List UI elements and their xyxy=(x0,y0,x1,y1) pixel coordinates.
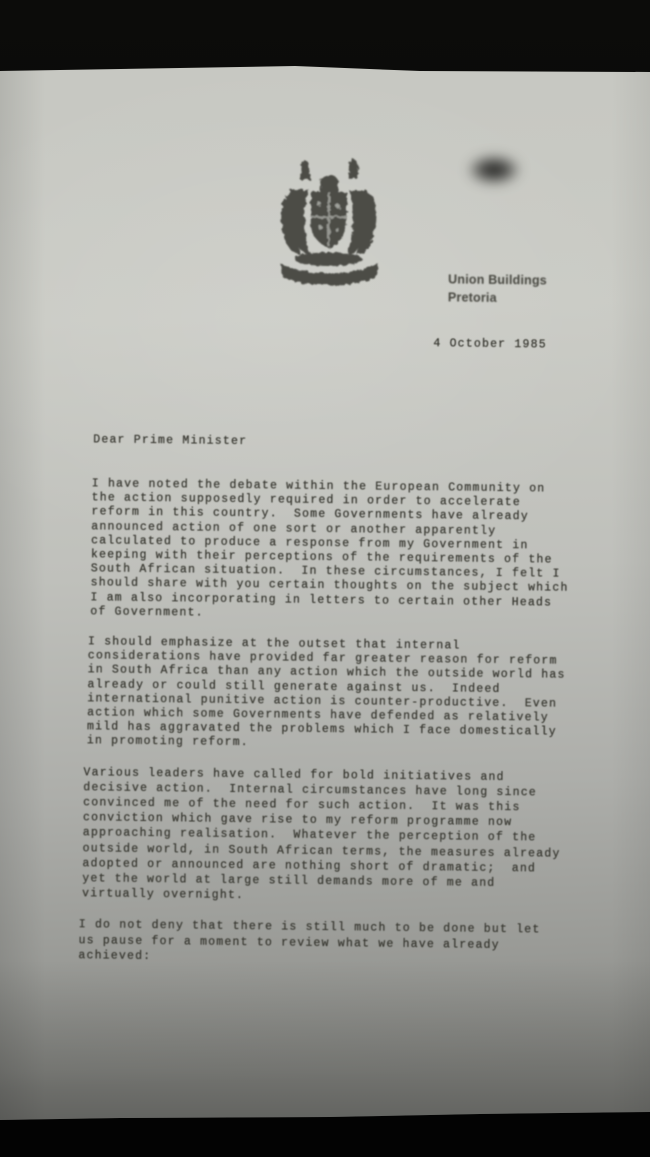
letter-body: I have noted the debate within the Europ… xyxy=(0,476,650,985)
letter-date: 4 October 1985 xyxy=(433,337,547,351)
paragraph-1: I have noted the debate within the Europ… xyxy=(90,477,650,625)
address-line-2: Pretoria xyxy=(448,288,547,307)
letterhead-address: Union Buildings Pretoria xyxy=(448,270,547,307)
paragraph-2: I should emphasize at the outset that in… xyxy=(87,635,648,755)
salutation: Dear Prime Minister xyxy=(93,433,247,448)
address-line-1: Union Buildings xyxy=(448,270,547,289)
coat-of-arms-icon xyxy=(270,155,392,290)
letter-content: Union Buildings Pretoria 4 October 1985 … xyxy=(0,60,650,1123)
letter-paper: Union Buildings Pretoria 4 October 1985 … xyxy=(0,64,650,1120)
paragraph-3: Various leaders have called for bold ini… xyxy=(82,765,647,908)
paragraph-4: I do not deny that there is still much t… xyxy=(78,918,644,970)
